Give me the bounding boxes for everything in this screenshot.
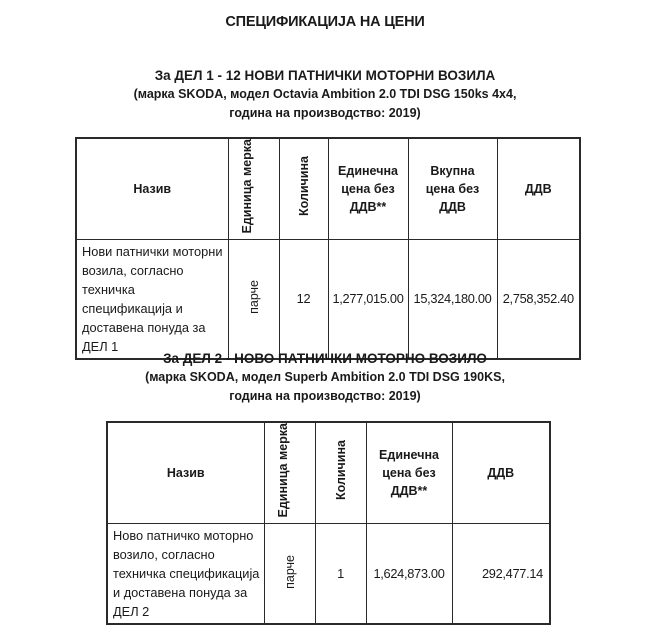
- cell-name: Ново патничко моторно возило, согласно т…: [107, 523, 264, 624]
- header-quantity-label: Количина: [297, 156, 311, 216]
- section-2-subtitle-line2: година на производство: 2019): [0, 387, 650, 406]
- document-title: СПЕЦИФИКАЦИЈА НА ЦЕНИ: [0, 14, 650, 30]
- cell-total-price: 15,324,180.00: [408, 239, 497, 359]
- header-total-price: Вкупна цена без ДДВ: [408, 138, 497, 239]
- header-quantity: Количина: [279, 138, 328, 239]
- cell-unit-price: 1,277,015.00: [328, 239, 408, 359]
- cell-name: Нови патнички моторни возила, согласно т…: [76, 239, 228, 359]
- section-2-subtitle-line1: (марка SKODA, модел Superb Ambition 2.0 …: [0, 368, 650, 387]
- cell-vat: 292,477.14: [452, 523, 550, 624]
- header-name: Назив: [107, 422, 264, 523]
- cell-unit-label: парче: [247, 280, 261, 314]
- section-2-title: За ДЕЛ 2 - НОВО ПАТНИЧКИ МОТОРНО ВОЗИЛО: [0, 349, 650, 368]
- header-vat: ДДВ: [497, 138, 580, 239]
- cell-unit: парче: [264, 523, 315, 624]
- header-quantity-label: Количина: [334, 440, 348, 500]
- cell-unit: парче: [228, 239, 279, 359]
- cell-quantity: 1: [315, 523, 366, 624]
- header-unit-price: Единечна цена без ДДВ**: [328, 138, 408, 239]
- header-unit-price: Единечна цена без ДДВ**: [366, 422, 452, 523]
- header-quantity: Количина: [315, 422, 366, 523]
- section-1-heading: За ДЕЛ 1 - 12 НОВИ ПАТНИЧКИ МОТОРНИ ВОЗИ…: [0, 66, 650, 123]
- section-1-subtitle-line1: (марка SKODA, модел Octavia Ambition 2.0…: [0, 85, 650, 104]
- section-2-heading: За ДЕЛ 2 - НОВО ПАТНИЧКИ МОТОРНО ВОЗИЛО …: [0, 349, 650, 406]
- table-row: Ново патничко моторно возило, согласно т…: [107, 523, 550, 624]
- header-unit-label: Единица мерка: [240, 139, 268, 234]
- table-header-row: Назив Единица мерка Количина Единечна це…: [76, 138, 580, 239]
- table-row: Нови патнички моторни возила, согласно т…: [76, 239, 580, 359]
- header-unit: Единица мерка: [228, 138, 279, 239]
- section-1-subtitle-line2: година на производство: 2019): [0, 104, 650, 123]
- header-name: Назив: [76, 138, 228, 239]
- cell-quantity: 12: [279, 239, 328, 359]
- header-unit: Единица мерка: [264, 422, 315, 523]
- header-unit-label: Единица мерка: [276, 423, 304, 518]
- cell-unit-label: парче: [283, 555, 297, 589]
- price-table-part-1: Назив Единица мерка Количина Единечна це…: [75, 137, 581, 360]
- price-table-part-2: Назив Единица мерка Количина Единечна це…: [106, 421, 551, 625]
- cell-unit-price: 1,624,873.00: [366, 523, 452, 624]
- cell-vat: 2,758,352.40: [497, 239, 580, 359]
- section-1-title: За ДЕЛ 1 - 12 НОВИ ПАТНИЧКИ МОТОРНИ ВОЗИ…: [0, 66, 650, 85]
- header-vat: ДДВ: [452, 422, 550, 523]
- table-header-row: Назив Единица мерка Количина Единечна це…: [107, 422, 550, 523]
